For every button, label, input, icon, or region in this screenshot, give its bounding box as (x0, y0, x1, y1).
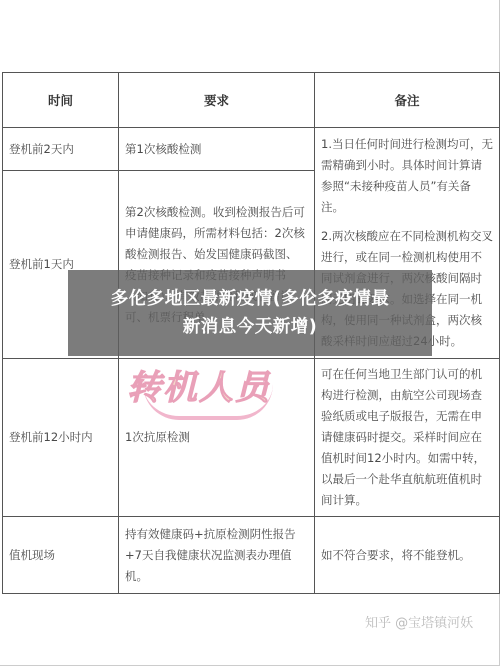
cell-time: 登机前2天内 (3, 128, 119, 171)
headline-line-1: 多伦多地区最新疫情(多伦多疫情最 (111, 285, 390, 313)
headline-line-2: 新消息今天新增) (183, 313, 318, 341)
cell-time: 登机前12小时内 (3, 359, 119, 517)
transfer-passenger-stamp: 转机人员 (127, 360, 287, 416)
cell-note: 可在任何当地卫生部门认可的机构进行检测，由航空公司现场查验纸质或电子版报告，无需… (315, 359, 500, 517)
zhihu-watermark: 知乎 @宝塔镇河妖 (365, 612, 473, 631)
note-paragraph-1: 1.当日任何时间进行检测均可，无需精确到小时。具体时间计算请参照“未接种疫苗人员… (321, 134, 493, 218)
cell-time: 值机现场 (3, 517, 119, 594)
header-note: 备注 (315, 73, 500, 128)
header-requirement: 要求 (119, 73, 315, 128)
table-row: 值机现场 持有效健康码+抗原检测阴性报告+7天自我健康状况监测表办理值机。 如不… (3, 517, 500, 594)
headline-overlay: 多伦多地区最新疫情(多伦多疫情最 新消息今天新增) (68, 270, 432, 356)
cell-note: 如不符合要求，将不能登机。 (315, 517, 500, 594)
cell-requirement: 持有效健康码+抗原检测阴性报告+7天自我健康状况监测表办理值机。 (119, 517, 315, 594)
cell-requirement: 第1次核酸检测 (119, 128, 315, 171)
table-header-row: 时间 要求 备注 (3, 73, 500, 128)
stamp-text: 转机人员 (127, 360, 271, 409)
table-row: 登机前2天内 第1次核酸检测 1.当日任何时间进行检测均可，无需精确到小时。具体… (3, 128, 500, 171)
header-time: 时间 (3, 73, 119, 128)
